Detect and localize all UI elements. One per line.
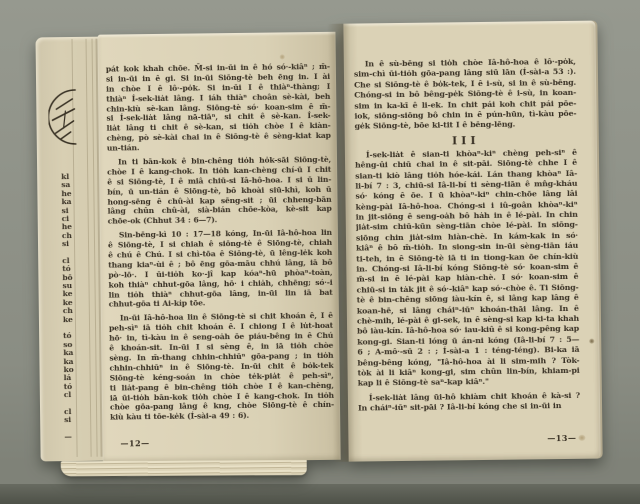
paragraph: pát kok khah chōe. M̄-si in-ūi in ê hó s… bbox=[106, 62, 331, 154]
fragment-line: ke bbox=[63, 299, 93, 308]
photo-background: klsahekasicihechsi cltóbōsukekechke tóso… bbox=[0, 0, 640, 504]
fragment-line: ke bbox=[63, 315, 93, 324]
text-line: ge̍k Siōng-tè, bōe ki-tit I ê bēng-lēng. bbox=[355, 119, 577, 132]
paragraph: In-ūi Iâ-hô-hoa lin ê Siōng-tè si chit k… bbox=[109, 311, 334, 423]
fragment-line: — bbox=[64, 433, 94, 442]
paragraph: Í-sek-lia̍t lâng ūi-hô khiàm chit khoán … bbox=[358, 391, 580, 414]
right-page-text: In ê sù-bēng si tio̍h chòe Iâ-hô-hoa ê l… bbox=[354, 57, 580, 414]
text-line: In cháiⁿ-iūⁿ sit-pāi ? Iâ-li-bí kóng che… bbox=[358, 401, 580, 414]
text-line: kap li ê Siōng-tè saⁿ-kap kiâⁿ." bbox=[358, 376, 580, 389]
fragment-line: bō bbox=[62, 273, 92, 282]
paragraph: In ê sù-bēng si tio̍h chòe Iâ-hô-hoa ê l… bbox=[354, 57, 577, 132]
text-line: chōe-ok (Chhut 34 : 6—7). bbox=[108, 214, 332, 227]
fragment-line: tó bbox=[62, 265, 92, 274]
paragraph: Í-sek-lia̍t ê sian-ti khòaⁿ-kiⁿ chèng pe… bbox=[355, 148, 580, 390]
paragraph: In ti bān-kok ê bin-chêng tio̍h ho̍k-sāi… bbox=[107, 155, 332, 227]
fragment-line: ke bbox=[63, 290, 93, 299]
fragment-line: ch bbox=[63, 307, 93, 316]
page-stack-left-edges: klsahekasicihechsi cltóbōsukekechke tóso… bbox=[35, 37, 104, 462]
fragment-line: tó bbox=[63, 332, 93, 341]
text-line: chhut-gōa ti Ai-ki̍p tōe. bbox=[109, 297, 333, 310]
fragment-line: su bbox=[62, 282, 92, 291]
left-page: pát kok khah chōe. M̄-si in-ūi in ê hó s… bbox=[97, 32, 340, 463]
table-shadow bbox=[0, 484, 640, 504]
underpage-text-fragments: klsahekasicihechsi cltóbōsukekechke tóso… bbox=[61, 173, 94, 442]
open-book: klsahekasicihechsi cltóbōsukekechke tóso… bbox=[33, 17, 602, 466]
right-page-number: —13— bbox=[547, 433, 576, 443]
left-page-number: —12— bbox=[120, 438, 149, 448]
paragraph: Sin-bēng-kì 10 : 17—18 kóng, In-ūi Iâ-hô… bbox=[108, 228, 333, 310]
fragment-line bbox=[63, 324, 93, 333]
left-page-text: pát kok khah chōe. M̄-si in-ūi in ê hó s… bbox=[106, 62, 334, 423]
bottom-page-edges bbox=[61, 460, 307, 476]
section-heading: III bbox=[355, 133, 577, 149]
right-page: In ê sù-bēng si tio̍h chòe Iâ-hô-hoa ê l… bbox=[343, 21, 600, 462]
text-line: kiù kàu ti tōe-ke̍k (Í-sài-a 49 : 6). bbox=[110, 410, 334, 423]
ink-stamp-icon bbox=[48, 87, 79, 149]
